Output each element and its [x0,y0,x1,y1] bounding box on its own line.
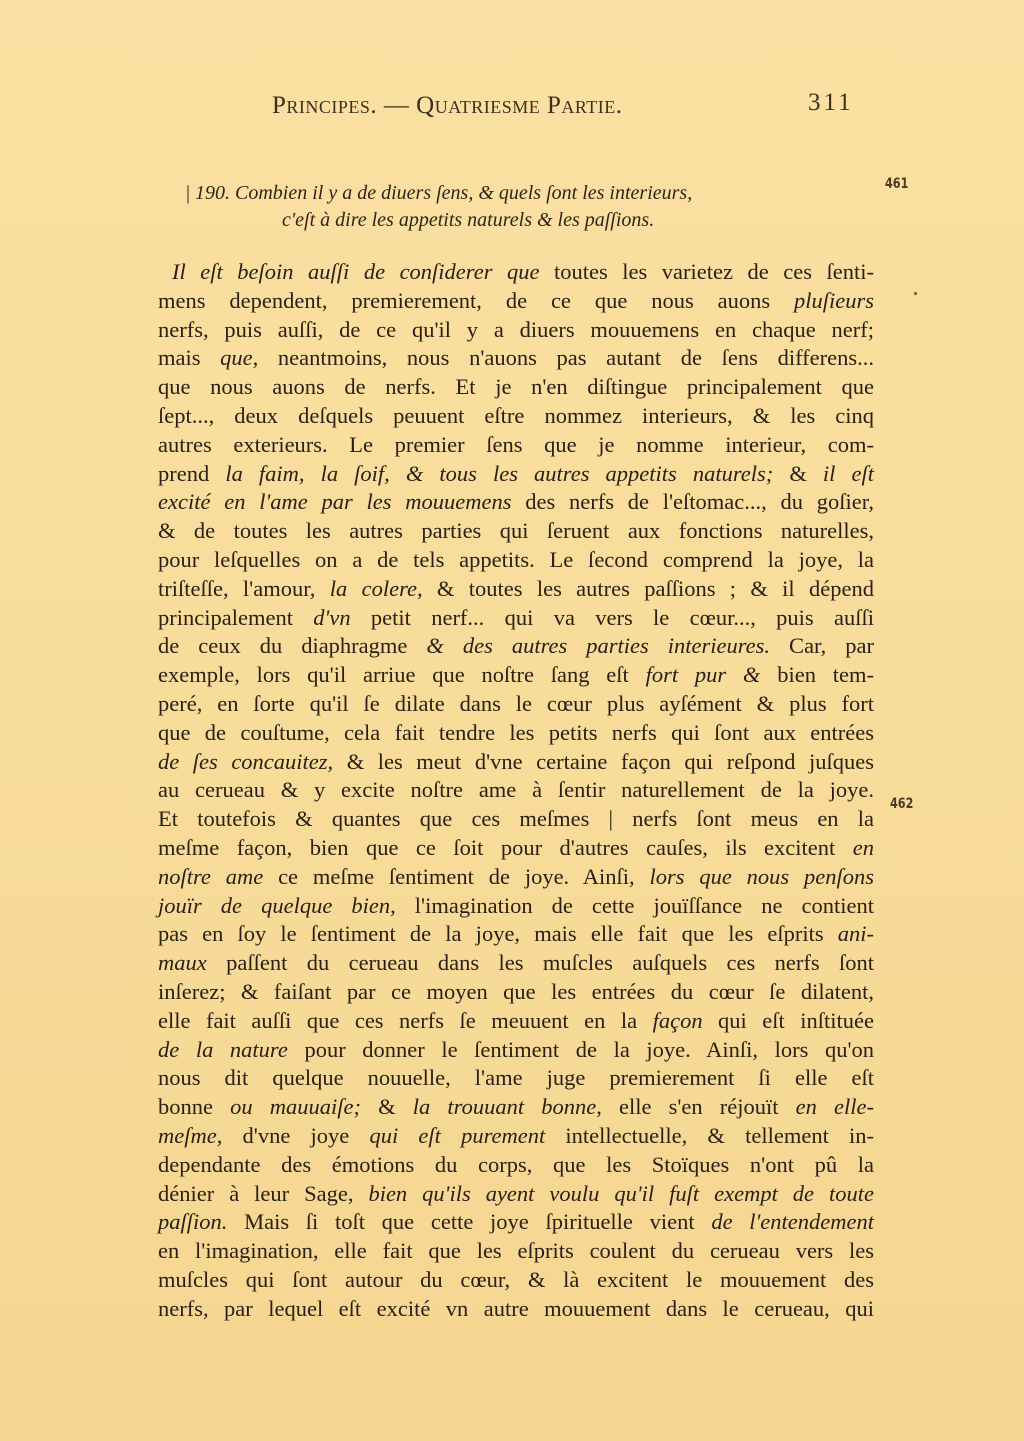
roman-run: bien tem- [760,662,874,687]
roman-run: que nous auons de nerfs. Et je n'en diſt… [158,374,874,399]
text-line: meſme, d'vne joye qui eſt purement intel… [158,1122,874,1151]
text-line: paſſion. Mais ſi toſt que cette joye ſpi… [158,1208,874,1237]
roman-run: intellectuelle, & tellement in- [545,1123,874,1148]
roman-run: ce meſme ſentiment de joye. Ainſi, [263,864,649,889]
text-line: que de couſtume, cela fait tendre les pe… [158,719,874,748]
text-line: principalement d'vn petit nerf... qui va… [158,604,874,633]
roman-run: exemple, lors qu'il arriue que noſtre ſa… [158,662,646,687]
roman-run: petit nerf... qui va vers le cœur..., pu… [351,605,874,630]
roman-run: nous dit quelque nouuelle, l'ame juge pr… [158,1065,874,1090]
text-line: de ſes concauitez, & les meut d'vne cert… [158,748,874,777]
text-line: que nous auons de nerfs. Et je n'en diſt… [158,373,874,402]
roman-run: Car, par [770,633,874,658]
text-line: pas en ſoy le ſentiment de la joye, mais… [158,920,874,949]
text-line: Et toutefois & quantes que ces meſmes | … [158,805,874,834]
text-line: pour leſquelles on a de tels appetits. L… [158,546,874,575]
roman-run: , neantmoins, nous n'auons pas autant de… [253,345,874,370]
running-head: Principes. — Quatriesme Partie. 311 [272,92,872,132]
text-line: nous dit quelque nouuelle, l'ame juge pr… [158,1064,874,1093]
roman-run: mens dependent, premierement, de ce que … [158,288,794,313]
italic-run: maux [158,950,207,975]
roman-run: mais [158,345,220,370]
italic-run: que [220,345,253,370]
roman-run: & [773,461,823,486]
italic-run: en elle- [796,1094,874,1119]
roman-run: ſept..., deux deſquels peuuent eſtre nom… [158,403,874,428]
italic-run: paſſion. [158,1209,227,1234]
roman-run: autres exterieurs. Le premier ſens que j… [158,432,874,457]
text-line: Il eſt beſoin auſſi de conſiderer que to… [158,258,874,287]
italic-run: fort pur & [646,662,761,687]
roman-run: nerfs, puis auſſi, de ce qu'il y a diuer… [158,317,874,342]
roman-run: d'vne joye [222,1123,369,1148]
text-line: triſteſſe, l'amour, la colere, & toutes … [158,575,874,604]
italic-run: il eſt [823,461,874,486]
italic-run: meſme, [158,1123,222,1148]
text-line: en l'imagination, elle fait que les eſpr… [158,1237,874,1266]
text-line: exemple, lors qu'il arriue que noſtre ſa… [158,661,874,690]
italic-run: la colere, [330,576,423,601]
italic-run: jouïr de quelque bien, [158,893,396,918]
text-line: excité en l'ame par les mouuemens des ne… [158,488,874,517]
text-line: au cerueau & y excite noſtre ame à ſenti… [158,776,874,805]
italic-run: la faim, la ſoif, & tous les autres appe… [225,461,773,486]
text-line: mais que, neantmoins, nous n'auons pas a… [158,344,874,373]
section-title-line-2: c'eſt à dire les appetits naturels & les… [186,207,866,234]
roman-run: Mais ſi toſt que cette joye ſpirituelle … [227,1209,711,1234]
text-line: meſme façon, bien que ce ſoit pour d'aut… [158,834,874,863]
roman-run: l'imagination de cette jouïſſance ne con… [396,893,874,918]
text-line: mens dependent, premierement, de ce que … [158,287,874,316]
roman-run: dependante des émotions du corps, que le… [158,1152,874,1177]
italic-run: ou mauuaiſe; [230,1094,361,1119]
roman-run: inſerez; & faiſant par ce moyen que les … [158,979,874,1004]
text-line: muſcles qui ſont autour du cœur, & là ex… [158,1266,874,1295]
roman-run: & de toutes les autres parties qui ſerue… [158,518,874,543]
italic-run: en [853,835,874,860]
text-line: nerfs, par lequel eſt excité vn autre mo… [158,1295,874,1324]
text-line: maux paſſent du cerueau dans les muſcles… [158,949,874,978]
italic-run: de l'entendement [711,1209,874,1234]
roman-run: dénier à leur Sage, [158,1181,368,1206]
section-marker: | [186,182,195,204]
roman-run: au cerueau & y excite noſtre ame à ſenti… [158,777,874,802]
italic-run: bien qu'ils ayent voulu qu'il fuſt exemp… [368,1181,874,1206]
section-heading: | 190. Combien il y a de diuers ſens, & … [186,180,866,234]
italic-run: ani- [838,921,874,946]
page-number: 311 [808,89,854,117]
roman-run: & [361,1094,413,1119]
section-number: 190. [195,182,230,204]
roman-run: triſteſſe, l'amour, [158,576,330,601]
italic-run: qui eſt purement [369,1123,545,1148]
body-paragraph: Il eſt beſoin auſſi de conſiderer que to… [158,258,874,1323]
roman-run: bonne [158,1094,230,1119]
text-line: jouïr de quelque bien, l'imagination de … [158,892,874,921]
italic-run: Il eſt beſoin auſſi de conſiderer que [172,259,539,284]
text-line: de ceux du diaphragme & des autres parti… [158,632,874,661]
text-line: dénier à leur Sage, bien qu'ils ayent vo… [158,1180,874,1209]
book-page: Principes. — Quatriesme Partie. 311 461 … [0,0,1024,1441]
text-line: & de toutes les autres parties qui ſerue… [158,517,874,546]
text-line: elle fait auſſi que ces nerfs ſe meuuent… [158,1007,874,1036]
italic-run: & des autres parties interieures. [426,633,770,658]
roman-run: pour donner le ſentiment de la joye. Ain… [288,1037,874,1062]
section-heading-line-1: | 190. Combien il y a de diuers ſens, & … [186,180,866,207]
margin-reference-461: 461 [885,176,908,192]
roman-run: prend [158,461,225,486]
text-line: noſtre ame ce meſme ſentiment de joye. A… [158,863,874,892]
italic-run: de ſes concauitez, [158,749,333,774]
italic-run: d'vn [313,605,350,630]
running-title: Principes. — Quatriesme Partie. [272,92,623,120]
roman-run: elle fait auſſi que ces nerfs ſe meuuent… [158,1008,653,1033]
roman-run: meſme façon, bien que ce ſoit pour d'aut… [158,835,853,860]
roman-run: pas en ſoy le ſentiment de la joye, mais… [158,921,838,946]
text-line: dependante des émotions du corps, que le… [158,1151,874,1180]
roman-run: pour leſquelles on a de tels appetits. L… [158,547,874,572]
italic-run: de la nature [158,1037,288,1062]
italic-run: noſtre ame [158,864,263,889]
roman-run: & les meut d'vne certaine façon qui reſp… [333,749,874,774]
text-line: peré, en ſorte qu'il ſe dilate dans le c… [158,690,874,719]
roman-run: toutes les varietez de ces ſenti- [539,259,874,284]
margin-reference-462: 462 [890,796,913,812]
roman-run: peré, en ſorte qu'il ſe dilate dans le c… [158,691,874,716]
roman-run: nerfs, par lequel eſt excité vn autre mo… [158,1296,874,1321]
italic-run: excité en l'ame par les mouuemens [158,489,512,514]
section-title-line-1: Combien il y a de diuers ſens, & quels ſ… [235,182,692,204]
text-line: bonne ou mauuaiſe; & la trouuant bonne, … [158,1093,874,1122]
roman-run: qui eſt inſtituée [703,1008,874,1033]
roman-run: muſcles qui ſont autour du cœur, & là ex… [158,1267,874,1292]
text-line: prend la faim, la ſoif, & tous les autre… [158,460,874,489]
text-line: autres exterieurs. Le premier ſens que j… [158,431,874,460]
roman-run: & toutes les autres paſſions ; & il dépe… [423,576,874,601]
roman-run: elle s'en réjouït [602,1094,796,1119]
roman-run: paſſent du cerueau dans les muſcles auſq… [207,950,874,975]
paper-speck [914,292,917,295]
text-line: nerfs, puis auſſi, de ce qu'il y a diuer… [158,316,874,345]
roman-run: en l'imagination, elle fait que les eſpr… [158,1238,874,1263]
roman-run: de ceux du diaphragme [158,633,426,658]
italic-run: lors que nous penſons [650,864,875,889]
text-line: ſept..., deux deſquels peuuent eſtre nom… [158,402,874,431]
roman-run: que de couſtume, cela fait tendre les pe… [158,720,874,745]
roman-run: principalement [158,605,313,630]
italic-run: pluſieurs [794,288,874,313]
italic-run: la trouuant bonne, [413,1094,602,1119]
italic-run: façon [653,1008,703,1033]
roman-run: Et toutefois & quantes que ces meſmes | … [158,806,874,831]
roman-run: des nerfs de l'eſtomac..., du goſier, [512,489,874,514]
text-line: de la nature pour donner le ſentiment de… [158,1036,874,1065]
text-line: inſerez; & faiſant par ce moyen que les … [158,978,874,1007]
